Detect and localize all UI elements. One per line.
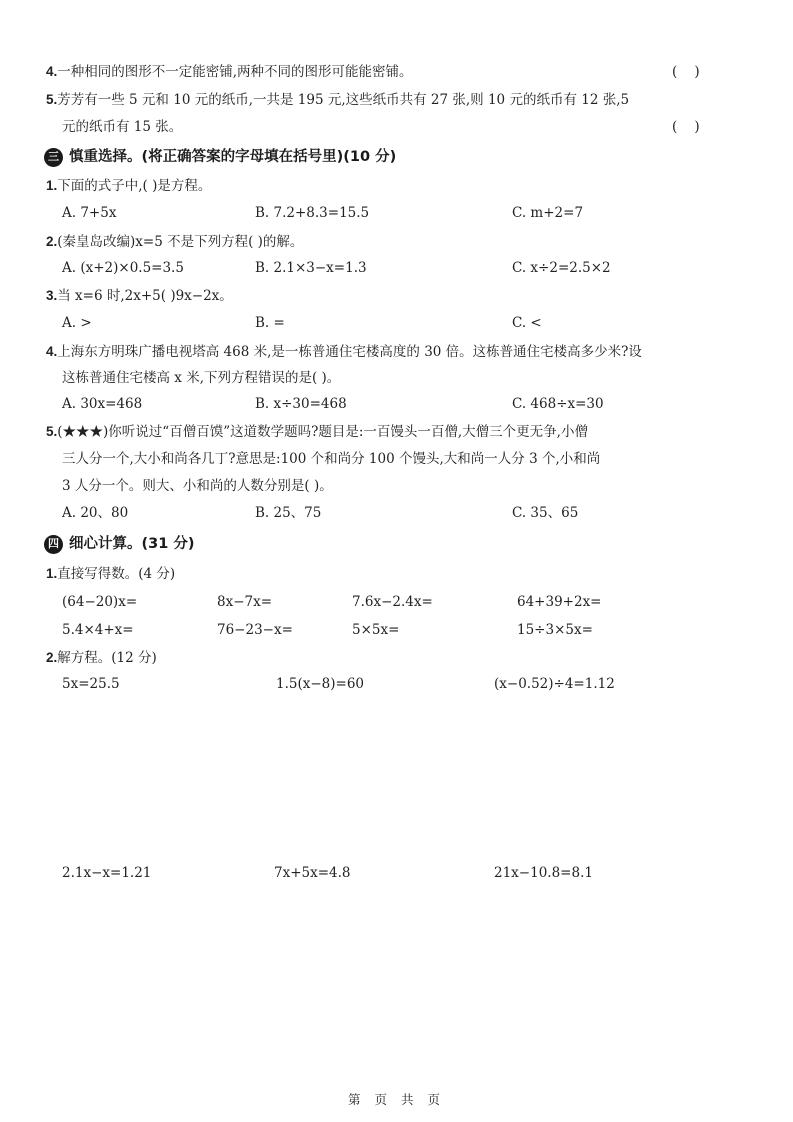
item-number: 4.: [46, 64, 57, 79]
section-badge: 三: [44, 148, 63, 167]
question-5-line3: 3 人分一个。则大、小和尚的人数分别是( )。: [62, 476, 333, 496]
question-3: 3.当 x=6 时,2x+5( )9x−2x。: [46, 286, 233, 306]
section-4-heading: 四 细心计算。(31 分): [44, 533, 194, 555]
option-b: B. =: [255, 313, 285, 333]
question-text: (★★★)你听说过“百僧百馍”这道数学题吗?题目是:一百馒头一百僧,大僧三个更无…: [57, 424, 588, 440]
part-text: 解方程。(12 分): [57, 650, 157, 666]
equation-item: 5x=25.5: [62, 674, 120, 694]
option-c: C. m+2=7: [512, 203, 583, 223]
option-c: C. 468÷x=30: [512, 394, 604, 414]
answer-paren[interactable]: ( ): [672, 117, 700, 137]
option-c: C. x÷2=2.5×2: [512, 258, 611, 278]
mental-calc-item: (64−20)x=: [62, 592, 137, 612]
option-b: B. 7.2+8.3=15.5: [255, 203, 369, 223]
part-number: 2.: [46, 650, 57, 665]
equation-item: 7x+5x=4.8: [274, 863, 351, 883]
question-number: 4.: [46, 344, 57, 359]
option-a: A. 20、80: [62, 503, 128, 523]
equation-item: 1.5(x−8)=60: [276, 674, 364, 694]
question-5-line2: 三人分一个,大小和尚各几丁?意思是:100 个和尚分 100 个馒头,大和尚一人…: [62, 449, 600, 469]
question-number: 2.: [46, 234, 57, 249]
option-c: C. 35、65: [512, 503, 578, 523]
question-5: 5.(★★★)你听说过“百僧百馍”这道数学题吗?题目是:一百馒头一百僧,大僧三个…: [46, 422, 588, 442]
section-title: 细心计算。(31 分): [69, 533, 194, 555]
option-a: A. 30x=468: [62, 394, 142, 414]
option-c: C. <: [512, 313, 542, 333]
item-text: 芳芳有一些 5 元和 10 元的纸币,一共是 195 元,这些纸币共有 27 张…: [57, 92, 629, 108]
equation-item: (x−0.52)÷4=1.12: [494, 674, 615, 694]
section-title: 慎重选择。(将正确答案的字母填在括号里)(10 分): [69, 146, 396, 168]
question-text: 当 x=6 时,2x+5( )9x−2x。: [57, 288, 233, 304]
question-1: 1.下面的式子中,( )是方程。: [46, 176, 211, 196]
option-a: A. (x+2)×0.5=3.5: [62, 258, 184, 278]
part-1-title: 1.直接写得数。(4 分): [46, 564, 175, 584]
item-text: 一种相同的图形不一定能密铺,两种不同的图形可能能密铺。: [57, 64, 412, 80]
mental-calc-item: 7.6x−2.4x=: [352, 592, 433, 612]
question-number: 5.: [46, 424, 57, 439]
mental-calc-item: 64+39+2x=: [517, 592, 602, 612]
mental-calc-item: 5.4×4+x=: [62, 620, 134, 640]
option-a: A. >: [62, 313, 92, 333]
judgement-item-5-line2: 元的纸币有 15 张。: [62, 117, 182, 137]
option-b: B. 25、75: [255, 503, 321, 523]
equation-item: 2.1x−x=1.21: [62, 863, 151, 883]
judgement-item-5: 5.芳芳有一些 5 元和 10 元的纸币,一共是 195 元,这些纸币共有 27…: [46, 90, 629, 110]
question-text: 下面的式子中,( )是方程。: [57, 178, 211, 194]
part-number: 1.: [46, 566, 57, 581]
mental-calc-item: 76−23−x=: [217, 620, 293, 640]
equation-item: 21x−10.8=8.1: [494, 863, 593, 883]
judgement-item-4: 4.一种相同的图形不一定能密铺,两种不同的图形可能能密铺。: [46, 62, 413, 82]
answer-paren[interactable]: ( ): [672, 62, 700, 82]
section-badge: 四: [44, 535, 63, 554]
section-3-heading: 三 慎重选择。(将正确答案的字母填在括号里)(10 分): [44, 146, 396, 168]
question-4-line2: 这栋普通住宅楼高 x 米,下列方程错误的是( )。: [62, 368, 340, 388]
question-4: 4.上海东方明珠广播电视塔高 468 米,是一栋普通住宅楼高度的 30 倍。这栋…: [46, 342, 642, 362]
page-footer: 第 页 共 页: [0, 1090, 793, 1108]
option-b: B. x÷30=468: [255, 394, 347, 414]
part-text: 直接写得数。(4 分): [57, 566, 175, 582]
option-b: B. 2.1×3−x=1.3: [255, 258, 367, 278]
question-text: 上海东方明珠广播电视塔高 468 米,是一栋普通住宅楼高度的 30 倍。这栋普通…: [57, 344, 642, 360]
item-number: 5.: [46, 92, 57, 107]
question-number: 3.: [46, 288, 57, 303]
question-number: 1.: [46, 178, 57, 193]
question-text: (秦皇岛改编)x=5 不是下列方程( )的解。: [57, 234, 303, 250]
part-2-title: 2.解方程。(12 分): [46, 648, 157, 668]
question-2: 2.(秦皇岛改编)x=5 不是下列方程( )的解。: [46, 232, 303, 252]
option-a: A. 7+5x: [62, 203, 116, 223]
mental-calc-item: 5×5x=: [352, 620, 399, 640]
mental-calc-item: 8x−7x=: [217, 592, 272, 612]
mental-calc-item: 15÷3×5x=: [517, 620, 593, 640]
